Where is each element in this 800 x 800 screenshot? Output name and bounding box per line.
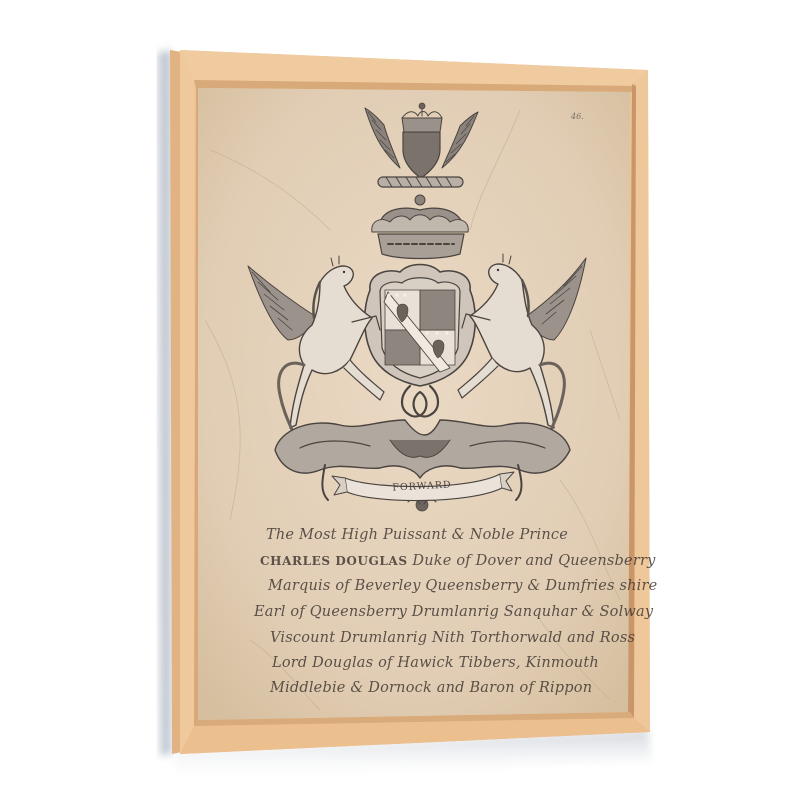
framed-print	[0, 0, 800, 800]
